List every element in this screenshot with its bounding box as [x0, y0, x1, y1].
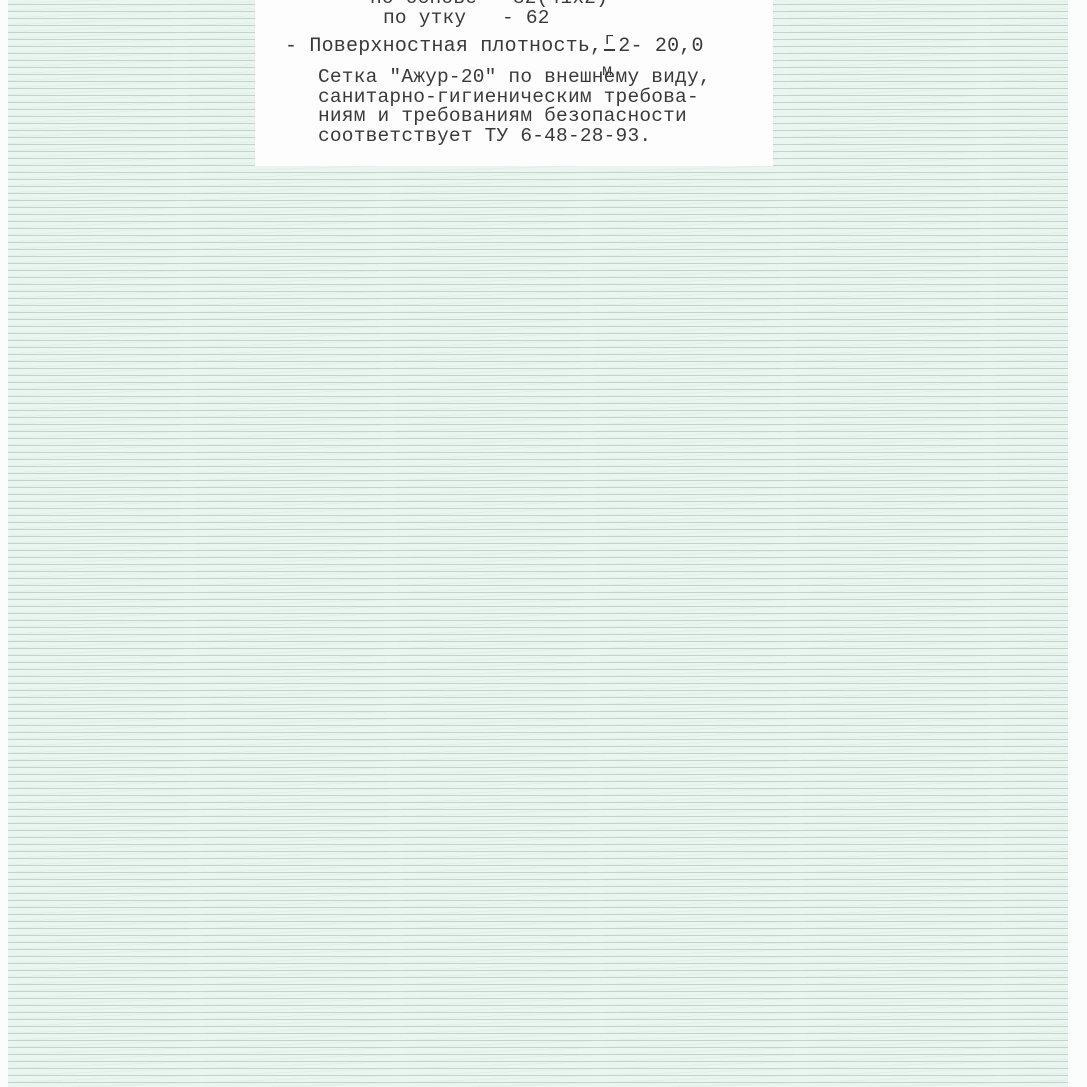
unit-power: 2 [618, 35, 630, 58]
paragraph-line: санитарно-гигиеническим требова- [318, 87, 699, 107]
paragraph-line: Сетка "Ажур-20" по внешнему виду, [318, 67, 711, 87]
density-label: Поверхностная плотность, [309, 35, 602, 58]
fraction-bar [604, 49, 615, 51]
bullet-dash: - [285, 35, 297, 58]
paragraph-line: соответствует ТУ 6-48-28-93. [318, 126, 651, 146]
unit-numerator: г [604, 31, 614, 51]
density-value: - 20,0 [630, 35, 703, 58]
surface-density-line: - Поверхностная плотность,гм2- 20,0 [285, 37, 704, 57]
specification-label: по основе - 82(41х2) по утку - 62 - Пове… [255, 0, 773, 166]
paragraph-line: ниям и требованиям безопасности [318, 106, 687, 126]
weft-count-line: по утку - 62 [383, 8, 550, 28]
